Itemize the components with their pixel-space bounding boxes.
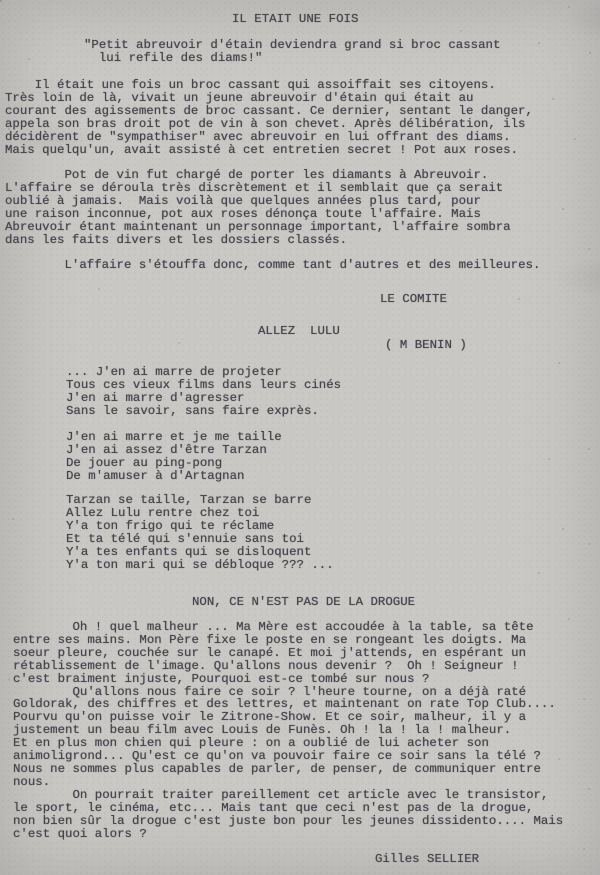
article-title: NON, CE N'EST PAS DE LA DROGUE <box>192 596 415 609</box>
document-title: IL ETAIT UNE FOIS <box>232 13 358 26</box>
epigraph: "Petit abreuvoir d'étain deviendra grand… <box>84 39 500 65</box>
committee-signature: LE COMITE <box>380 293 447 306</box>
scanned-typewritten-page: IL ETAIT UNE FOIS "Petit abreuvoir d'éta… <box>0 0 600 875</box>
song-author: ( M BENIN ) <box>385 339 467 352</box>
song-stanza-1: ... J'en ai marre de projeter Tous ces v… <box>66 366 341 418</box>
story-paragraph-2: Pot de vin fut chargé de porter les diam… <box>5 169 511 246</box>
article-body: Oh ! quel malheur ... Ma Mère est accoud… <box>13 621 563 840</box>
article-signature: Gilles SELLIER <box>375 853 479 866</box>
song-title: ALLEZ LULU <box>258 325 340 338</box>
story-paragraph-3: L'affaire s'étouffa donc, comme tant d'a… <box>5 259 540 272</box>
song-stanza-3: Tarzan se taille, Tarzan se barre Allez … <box>66 494 334 571</box>
story-paragraph-1: Il était une fois un broc cassant qui as… <box>5 79 533 156</box>
song-stanza-2: J'en ai marre et je me taille J'en ai as… <box>66 431 282 483</box>
scan-noise <box>0 0 2 2</box>
